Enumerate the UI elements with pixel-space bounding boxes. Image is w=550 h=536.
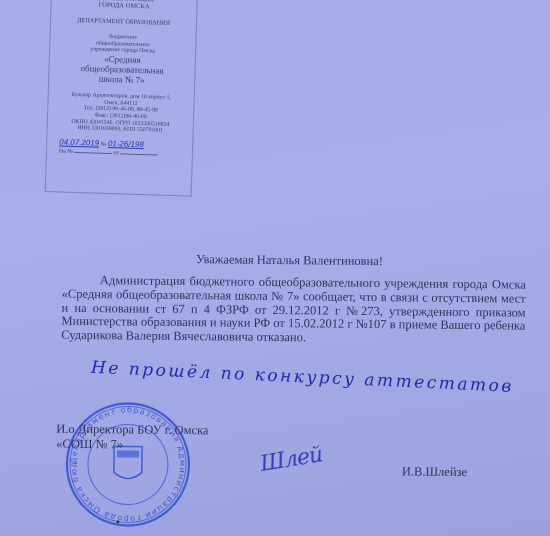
reg-number: 01-26/198 — [108, 139, 144, 149]
ink-dot — [116, 520, 119, 523]
signer-name: И.В.Шлейзе — [402, 464, 467, 480]
reg-number-label: № — [101, 142, 107, 148]
ref-blank — [74, 152, 112, 154]
letterhead-address: Бульвар Архитекторов, дом 10 корпус 1, О… — [48, 91, 194, 135]
handwritten-signature: Шлей — [258, 442, 324, 477]
signatory-title-line: «СОШ № 7» — [56, 437, 208, 454]
letterhead-block: АДМИНИСТРАЦИЯ ГОРОДА ОМСКА ДЕПАРТАМЕНТ О… — [45, 0, 198, 197]
letterhead-school-name: «Средняя общеобразовательная школа № 7» — [49, 52, 195, 87]
reg-date: 04.07.2019 — [59, 137, 99, 147]
document-page: АДМИНИСТРАЦИЯ ГОРОДА ОМСКА ДЕПАРТАМЕНТ О… — [0, 0, 550, 536]
signatory-title-line: И.о Директора БОУ г. Омска — [56, 422, 208, 439]
ref-label: На № — [59, 149, 73, 155]
handwritten-note: Не прошёл по конкурсу аттестатов — [91, 358, 515, 397]
signatory-title: И.о Директора БОУ г. Омска «СОШ № 7» — [56, 422, 209, 454]
greeting: Уважаемая Наталья Валентиновна! — [196, 252, 383, 269]
letter-paragraph: Администрация бюджетного общеобразовател… — [61, 274, 526, 348]
official-stamp-icon: Департамент образования Администрации го… — [63, 400, 192, 529]
letterhead-department: ДЕПАРТАМЕНТ ОБРАЗОВАНИЯ — [51, 16, 196, 28]
letter-body: Администрация бюджетного общеобразовател… — [61, 274, 526, 348]
ref-from-blank — [120, 154, 158, 156]
ref-from-label: от — [113, 150, 119, 156]
